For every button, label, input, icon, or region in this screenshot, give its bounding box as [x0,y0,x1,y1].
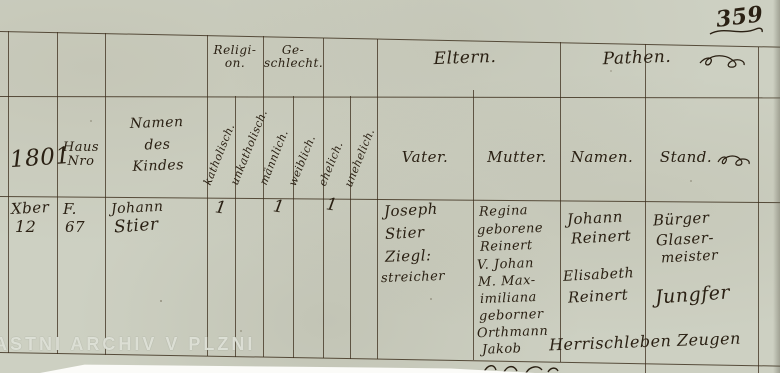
grid-line-vertical [758,47,759,373]
entry-godparent-name: Elisabeth [563,266,635,284]
header-ehelich: ehelich. [316,139,346,188]
page-edge-shadow [773,0,780,373]
header-namen: Namen. [562,150,642,166]
page-number-flourish-icon [706,24,766,38]
entry-godparent-status: Jungfer [654,283,730,308]
header-vater: Vater. [380,150,470,166]
grid-line-vertical [8,31,9,353]
stand-flourish-icon [716,152,752,168]
grid-line-vertical [350,96,351,359]
page-edge-tear [40,361,535,373]
ink-specks [160,300,162,302]
grid-line-vertical [645,44,646,373]
entry-mother-line: M. Max- [478,274,536,290]
entry-father-line: Ziegl: [385,248,432,265]
entry-house-number: 67 [65,220,85,236]
entry-father-line: streicher [381,270,445,286]
entry-note: Herrischleben Zeugen [549,331,741,354]
grid-line-vertical [263,36,264,357]
entry-father-line: Joseph [384,202,439,221]
entry-mother-line: geborene [477,222,544,238]
header-unehelich: unehelich. [342,127,377,189]
entry-house-letter: F. [63,202,77,218]
grid-line-vertical [473,90,474,360]
header-religion: Religi- on. [209,44,261,69]
register-page-scan: 359 Religi- on. Ge- schlecht. Eltern. Pa… [0,0,780,373]
entry-godparent-name: Reinert [571,228,632,247]
pathen-flourish-icon [698,52,748,70]
mark-maennlich: 1 [272,198,286,217]
entry-godparent-status: Bürger [653,211,710,230]
mark-ehelich: 1 [325,196,339,215]
entry-child-surname: Stier [113,216,159,237]
grid-line-vertical [293,96,294,358]
entry-godparent-name: Reinert [568,287,629,306]
archive-watermark: ASTNI ARCHIV V PLZNI [0,334,255,355]
entry-godparent-status: Glaser- [656,230,715,249]
grid-line-vertical [235,96,236,357]
entry-godparent-status: meister [661,249,719,267]
grid-line-vertical [207,35,208,356]
entry-mother-line: Orthmann [477,325,549,341]
header-pathen: Pathen. [578,48,697,70]
header-namen-des-kindes: Namen des Kindes [109,111,206,179]
grid-line-vertical [377,39,378,359]
header-geschlecht: Ge- schlecht. [264,44,322,69]
entry-mother-line: Jakob [482,342,522,357]
entry-date-day: 12 [15,219,36,236]
header-stand: Stand. [646,150,726,166]
entry-mother-line: Reinert [480,239,533,254]
header-haus-nro: Haus Nro [58,141,104,168]
entry-mother-line: Regina [479,204,529,219]
header-weiblich: weiblich. [286,133,318,188]
entry-date-month: Xber [11,200,50,218]
grid-line-vertical [57,32,58,354]
entry-mother-line: imiliana [480,291,537,307]
header-row-divider [0,96,780,98]
entry-mother-line: V. Johan [477,257,534,273]
header-eltern: Eltern. [400,48,531,70]
entry-godparent-name: Johann [567,210,624,229]
entry-mother-line: geborner [479,308,544,324]
header-mutter: Mutter. [476,150,558,166]
grid-line-vertical [323,38,324,358]
grid-line-vertical [560,42,561,362]
grid-line-vertical [105,33,106,355]
table-top-border [0,31,780,48]
entry-father-line: Stier [385,225,425,243]
mark-katholisch: 1 [214,199,228,218]
